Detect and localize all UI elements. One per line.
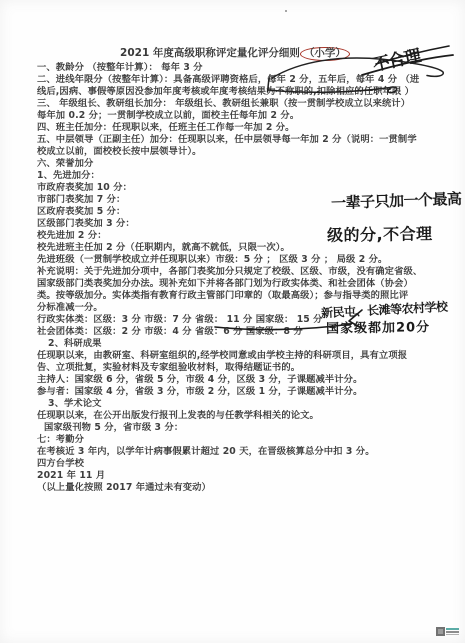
- photo-app-watermark: [436, 626, 461, 637]
- handwritten-margin-note-schools-line2: 国家级都加20分: [326, 316, 430, 337]
- doc-line: 先进班级（一贯制学校成立并任现职以来）市级：5 分 ； 区级 3 分 ； 局级 …: [37, 254, 433, 266]
- doc-line: 任现职以来，在公开出版发行报刊上发表的与任教学科相关的论文。: [37, 410, 433, 422]
- document-page: 2021 年度高级职称评定量化评分细则（小学） 一、教龄分 （按整年计算）： 每…: [37, 46, 433, 494]
- watermark-text-bars: [446, 628, 459, 635]
- document-title-text: 2021 年度高级职称评定量化评分细则: [120, 47, 300, 59]
- watermark-logo-icon: [436, 627, 445, 636]
- doc-line: 每年加 0.2 分；一贯制学校成立以前，面校主任每年加 2 分。: [37, 110, 433, 122]
- doc-line: 七：考勤分: [37, 434, 433, 446]
- doc-line-school-name: 四方台学校: [37, 458, 433, 470]
- doc-line: 四、班主任加分：任现职以来，任班主任工作每一年加 2 分。: [37, 122, 433, 134]
- doc-line: 告、立项批复，实验材料及专家组验收材料，取得结题证书的。: [37, 362, 433, 374]
- doc-line: 1、先进加分：: [37, 170, 433, 182]
- doc-line: 在考核近 3 年内，以学年计病事假累计超过 20 天，在晋级核算总分中扣 3 分…: [37, 446, 433, 458]
- doc-line: 二、进线年限分（按整年计算）：具备高级评聘资格后，每年 2 分，五年后，每年 4…: [37, 74, 433, 86]
- doc-line: 类。按等级加分。实体类指有教育行政主管部门印章的（取最高级）；参与指导类的照比评: [37, 290, 433, 302]
- doc-line: 参与者：国家级 4 分，省级 3 分，市级 2 分，区级 1 分，子课题减半计分…: [37, 386, 433, 398]
- doc-line: 国家级部门类表奖加分办法。现补充如下并将各部门划为行政实体类、和社会团体（协会）: [37, 278, 433, 290]
- doc-line: 国家级刊物 5 分，省市级 3 分：: [37, 422, 433, 434]
- doc-line-date: 2021 年 11 月: [37, 470, 433, 482]
- doc-line: 任现职以来，由教研室、科研室组织的,经学校同意或由学校主持的科研项目，具有立项报: [37, 350, 433, 362]
- red-circle-annotation: （小学）: [300, 47, 350, 61]
- doc-line-section-research: 2、科研成果: [37, 338, 433, 350]
- doc-line: 五、中层领导（正副主任）加分：任现职以来，任中层领导每一年加 2 分（说明：一贯…: [37, 134, 433, 146]
- handwritten-margin-note-grade-line2: 级的分,不合理: [327, 221, 433, 246]
- dust-speck: [285, 10, 287, 12]
- doc-line: 线后,因病、事假等原因没参加年度考核或年度考核结果为不称职的,扣除相应的任职年限…: [37, 86, 433, 98]
- handwritten-margin-note-grade-line1: 一辈子只加一个最高: [331, 188, 462, 214]
- doc-line-section-papers: 3、学术论文: [37, 398, 433, 410]
- doc-line: 补充说明：关于先进加分项中，各部门表奖加分只规定了校级、区级、市级，没有确定省级…: [37, 266, 433, 278]
- doc-line: 六、荣誉加分: [37, 158, 433, 170]
- doc-line-footnote: （以上量化按照 2017 年通过未有变动）: [37, 482, 433, 494]
- doc-line: 主持人：国家级 6 分，省级 5 分，市级 4 分，区级 3 分，子课题减半计分…: [37, 374, 433, 386]
- doc-line: 校成立以前，面校校长按中层领导计）。: [37, 146, 433, 158]
- doc-line: 三、 年级组长、教研组长加分： 年级组长、教研组长兼职（按一贯制学校成立以来统计…: [37, 98, 433, 110]
